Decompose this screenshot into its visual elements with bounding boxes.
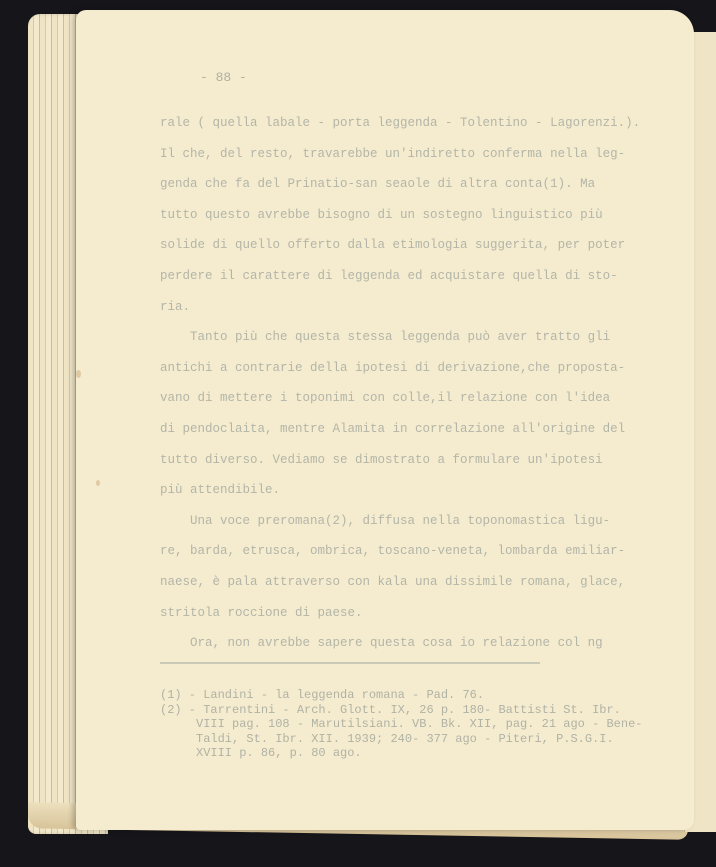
text-line: perdere il carattere di leggenda ed acqu… [160,261,640,292]
text-line: ria. [160,292,640,323]
footnote-line: XVIII p. 86, p. 80 ago. [160,746,642,761]
page-number: - 88 - [200,70,247,85]
text-line: tutto diverso. Vediamo se dimostrato a f… [160,445,640,476]
footnote-line: VIII pag. 108 - Marutilsiani. VB. Bk. XI… [160,717,642,732]
text-line: Tanto più che questa stessa leggenda può… [160,322,640,353]
stain-mark [76,370,81,378]
text-line: naese, è pala attraverso con kala una di… [160,567,640,598]
text-line: re, barda, etrusca, ombrica, toscano-ven… [160,536,640,567]
text-line: antichi a contrarie della ipotesi di der… [160,353,640,384]
text-line: di pendoclaita, mentre Alamita in correl… [160,414,640,445]
footnote-line: (1) - Landini - la leggenda romana - Pad… [160,688,642,703]
text-line: Una voce preromana(2), diffusa nella top… [160,506,640,537]
footnote-line: Taldi, St. Ibr. XII. 1939; 240- 377 ago … [160,732,642,747]
text-line: stritola roccione di paese. [160,598,640,629]
text-line: Ora, non avrebbe sapere questa cosa io r… [160,628,640,659]
text-line: rale ( quella labale - porta leggenda - … [160,108,640,139]
text-line: Il che, del resto, travarebbe un'indiret… [160,139,640,170]
text-line: genda che fa del Prinatio-san seaole di … [160,169,640,200]
footnote-line: (2) - Tarrentini - Arch. Glott. IX, 26 p… [160,703,642,718]
text-line: più attendibile. [160,475,640,506]
footnotes: (1) - Landini - la leggenda romana - Pad… [160,688,642,761]
text-line: tutto questo avrebbe bisogno di un soste… [160,200,640,231]
stain-mark [96,480,100,486]
text-line: vano di mettere i toponimi con colle,il … [160,383,640,414]
text-line: solide di quello offerto dalla etimologi… [160,230,640,261]
footnote-divider [160,662,540,664]
body-text: rale ( quella labale - porta leggenda - … [160,108,640,659]
